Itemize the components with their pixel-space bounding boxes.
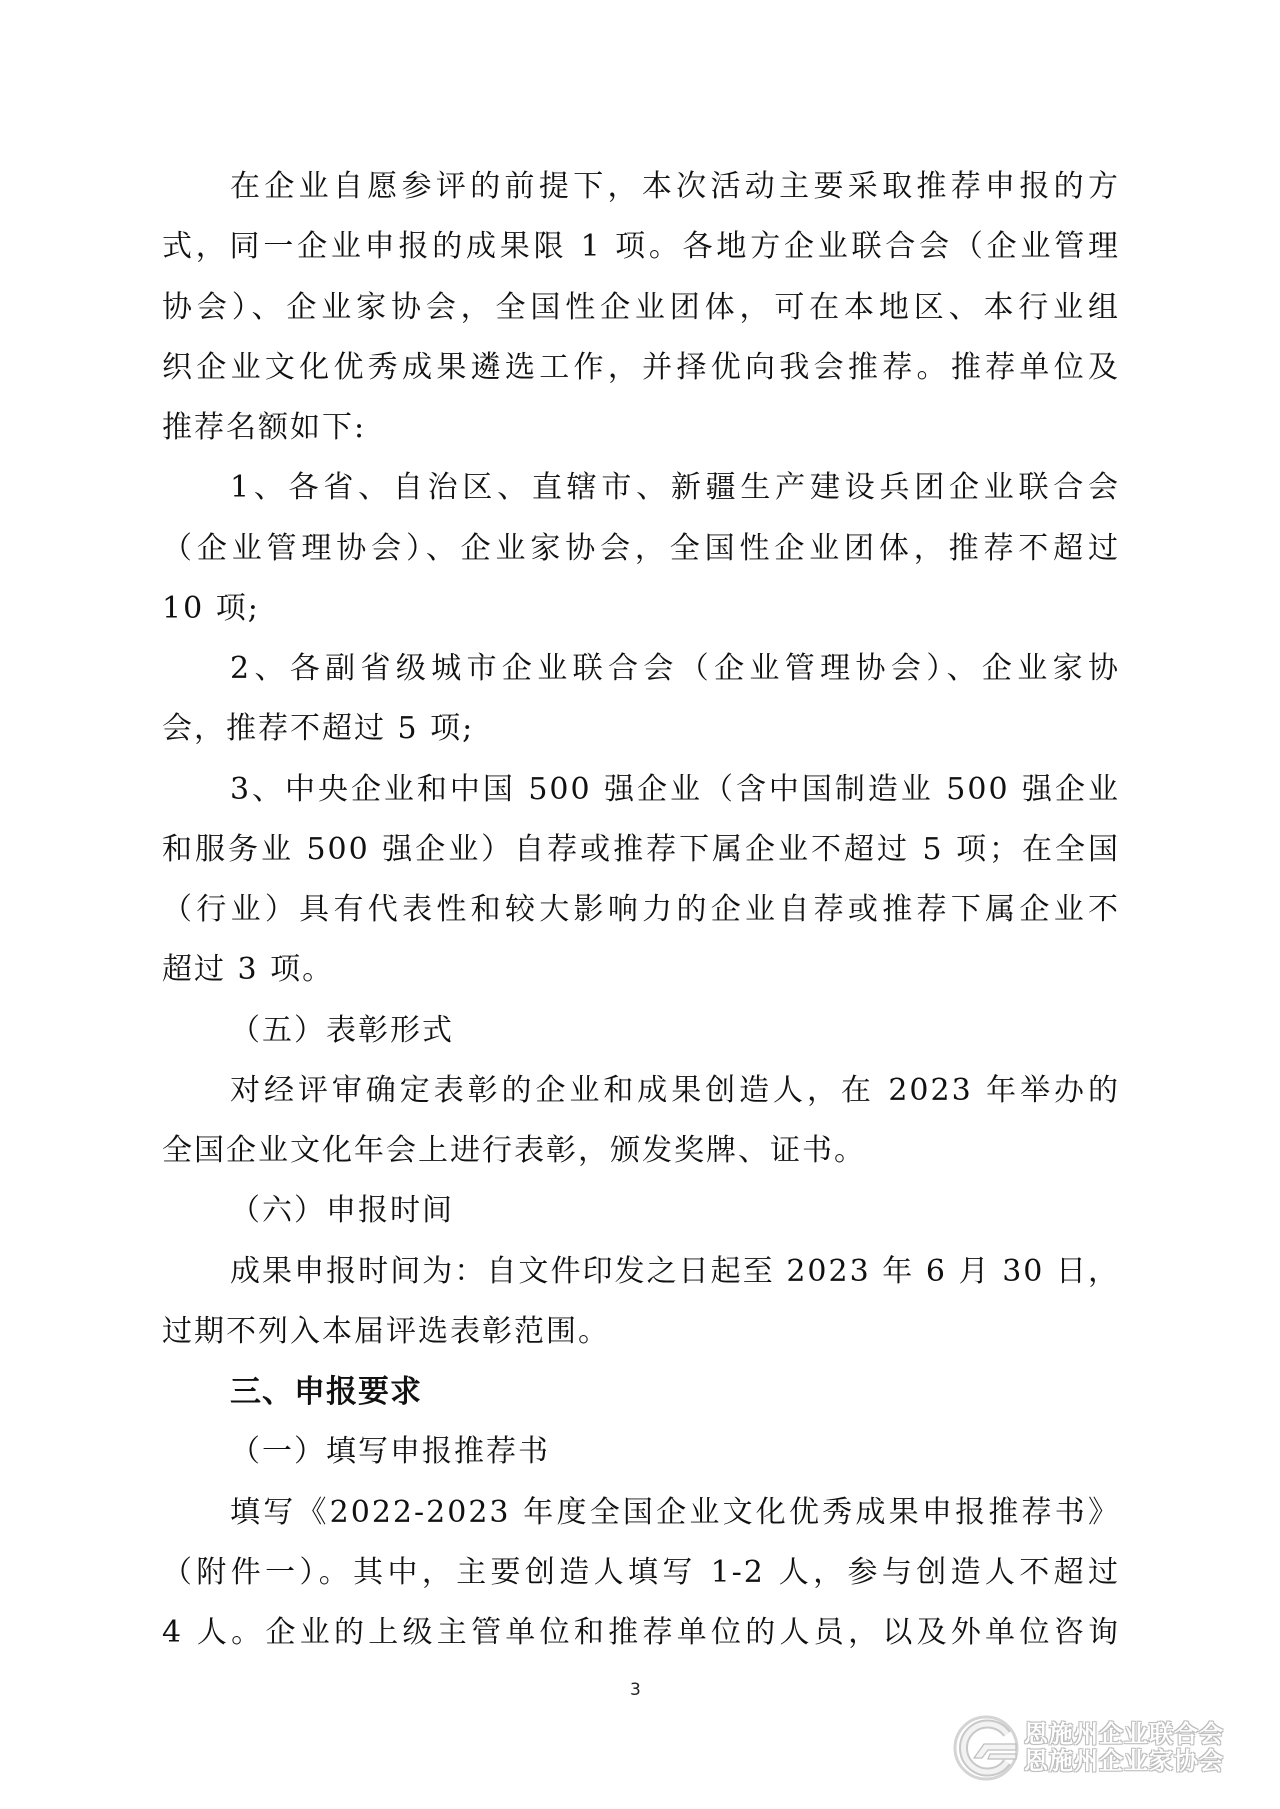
paragraph-line: 填写《2022-2023 年度全国企业文化优秀成果申报推荐书》 — [162, 1483, 1120, 1543]
subsection-heading: （六）申报时间 — [162, 1181, 1120, 1241]
watermark-line-2: 恩施州企业家协会 — [1024, 1748, 1224, 1775]
paragraph-line: 全国企业文化年会上进行表彰，颁发奖牌、证书。 — [162, 1121, 1120, 1181]
list-item-line: 会，推荐不超过 5 项; — [162, 699, 1120, 759]
paragraph-line: 对经评审确定表彰的企业和成果创造人，在 2023 年举办的 — [162, 1061, 1120, 1121]
document-page: 在企业自愿参评的前提下，本次活动主要采取推荐申报的方 式，同一企业申报的成果限 … — [0, 0, 1280, 1809]
association-logo-icon — [952, 1714, 1020, 1782]
list-item-line: 超过 3 项。 — [162, 940, 1120, 1000]
list-item-line: 2、各副省级城市企业联合会（企业管理协会）、企业家协 — [162, 639, 1120, 699]
list-item-line: 3、中央企业和中国 500 强企业（含中国制造业 500 强企业 — [162, 760, 1120, 820]
paragraph-line: 4 人。企业的上级主管单位和推荐单位的人员，以及外单位咨询 — [162, 1603, 1120, 1663]
subsection-heading: （一）填写申报推荐书 — [162, 1422, 1120, 1482]
paragraph-line: 协会）、企业家协会，全国性企业团体，可在本地区、本行业组 — [162, 278, 1120, 338]
watermark: 恩施州企业联合会 恩施州企业家协会 — [952, 1712, 1262, 1784]
paragraph-line: 在企业自愿参评的前提下，本次活动主要采取推荐申报的方 — [162, 157, 1120, 217]
paragraph-line: 推荐名额如下: — [162, 398, 1120, 458]
paragraph-line: 织企业文化优秀成果遴选工作，并择优向我会推荐。推荐单位及 — [162, 338, 1120, 398]
paragraph-line: 过期不列入本届评选表彰范围。 — [162, 1302, 1120, 1362]
list-item-line: 10 项; — [162, 579, 1120, 639]
paragraph-line: 成果申报时间为：自文件印发之日起至 2023 年 6 月 30 日， — [162, 1242, 1120, 1302]
list-item-line: 和服务业 500 强企业）自荐或推荐下属企业不超过 5 项；在全国 — [162, 820, 1120, 880]
document-body: 在企业自愿参评的前提下，本次活动主要采取推荐申报的方 式，同一企业申报的成果限 … — [162, 157, 1120, 1663]
section-heading: 三、申报要求 — [162, 1362, 1120, 1422]
list-item-line: （企业管理协会）、企业家协会，全国性企业团体，推荐不超过 — [162, 519, 1120, 579]
list-item-line: 1、各省、自治区、直辖市、新疆生产建设兵团企业联合会 — [162, 458, 1120, 518]
page-number: 3 — [630, 1680, 641, 1700]
paragraph-line: （附件一）。其中，主要创造人填写 1-2 人，参与创造人不超过 — [162, 1543, 1120, 1603]
list-item-line: （行业）具有代表性和较大影响力的企业自荐或推荐下属企业不 — [162, 880, 1120, 940]
paragraph-line: 式，同一企业申报的成果限 1 项。各地方企业联合会（企业管理 — [162, 217, 1120, 277]
watermark-line-1: 恩施州企业联合会 — [1024, 1721, 1224, 1748]
subsection-heading: （五）表彰形式 — [162, 1001, 1120, 1061]
